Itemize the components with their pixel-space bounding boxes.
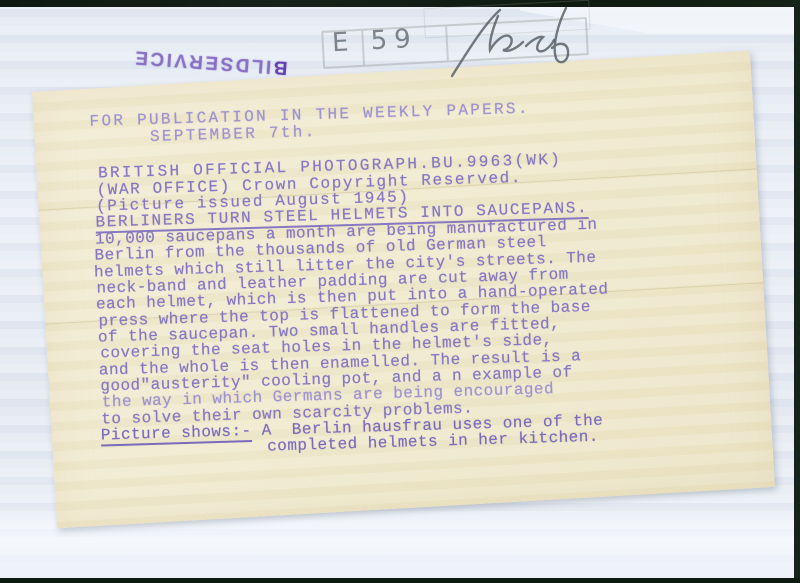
scan-edge-bottom: [0, 578, 800, 583]
date-line: SEPTEMBER 7th.: [150, 123, 317, 146]
typed-caption: FOR PUBLICATION IN THE WEEKLY PAPERS. SE…: [89, 94, 721, 512]
scan-edge-top: [0, 0, 800, 7]
handwriting-strokes: [446, 2, 596, 80]
handwritten-note: [446, 2, 596, 85]
pencil-archive-code: E 59: [331, 24, 418, 58]
scan-edge-right: [794, 0, 800, 583]
caption-card: FOR PUBLICATION IN THE WEEKLY PAPERS. SE…: [32, 51, 775, 529]
picture-shows-label: Picture shows:-: [101, 422, 252, 446]
